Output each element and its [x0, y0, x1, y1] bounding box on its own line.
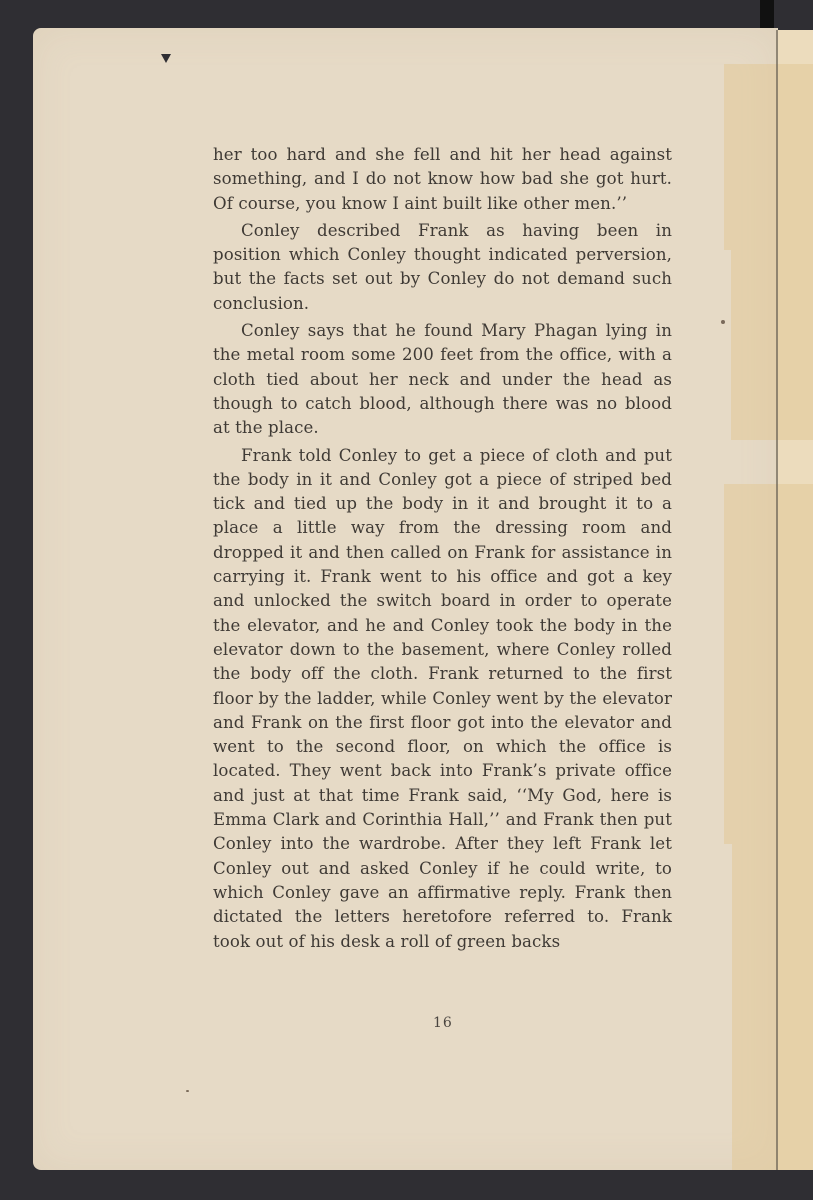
binding-clip [760, 0, 774, 30]
tape-strip [724, 484, 813, 844]
paper-speck [721, 320, 725, 324]
tape-strip [731, 250, 813, 440]
page-notch [161, 54, 171, 63]
paragraph: Frank told Conley to get a piece of clot… [213, 444, 672, 954]
paragraph: her too hard and she fell and hit her he… [213, 143, 672, 216]
page-number: 16 [433, 1015, 453, 1031]
binding-fold-line [776, 30, 778, 1170]
body-text: her too hard and she fell and hit her he… [213, 143, 672, 957]
tape-strip [732, 844, 813, 1170]
tape-strip [724, 64, 813, 250]
paragraph: Conley described Frank as having been in… [213, 219, 672, 316]
paragraph: Conley says that he found Mary Phagan ly… [213, 319, 672, 440]
paper-speck [186, 1090, 189, 1092]
